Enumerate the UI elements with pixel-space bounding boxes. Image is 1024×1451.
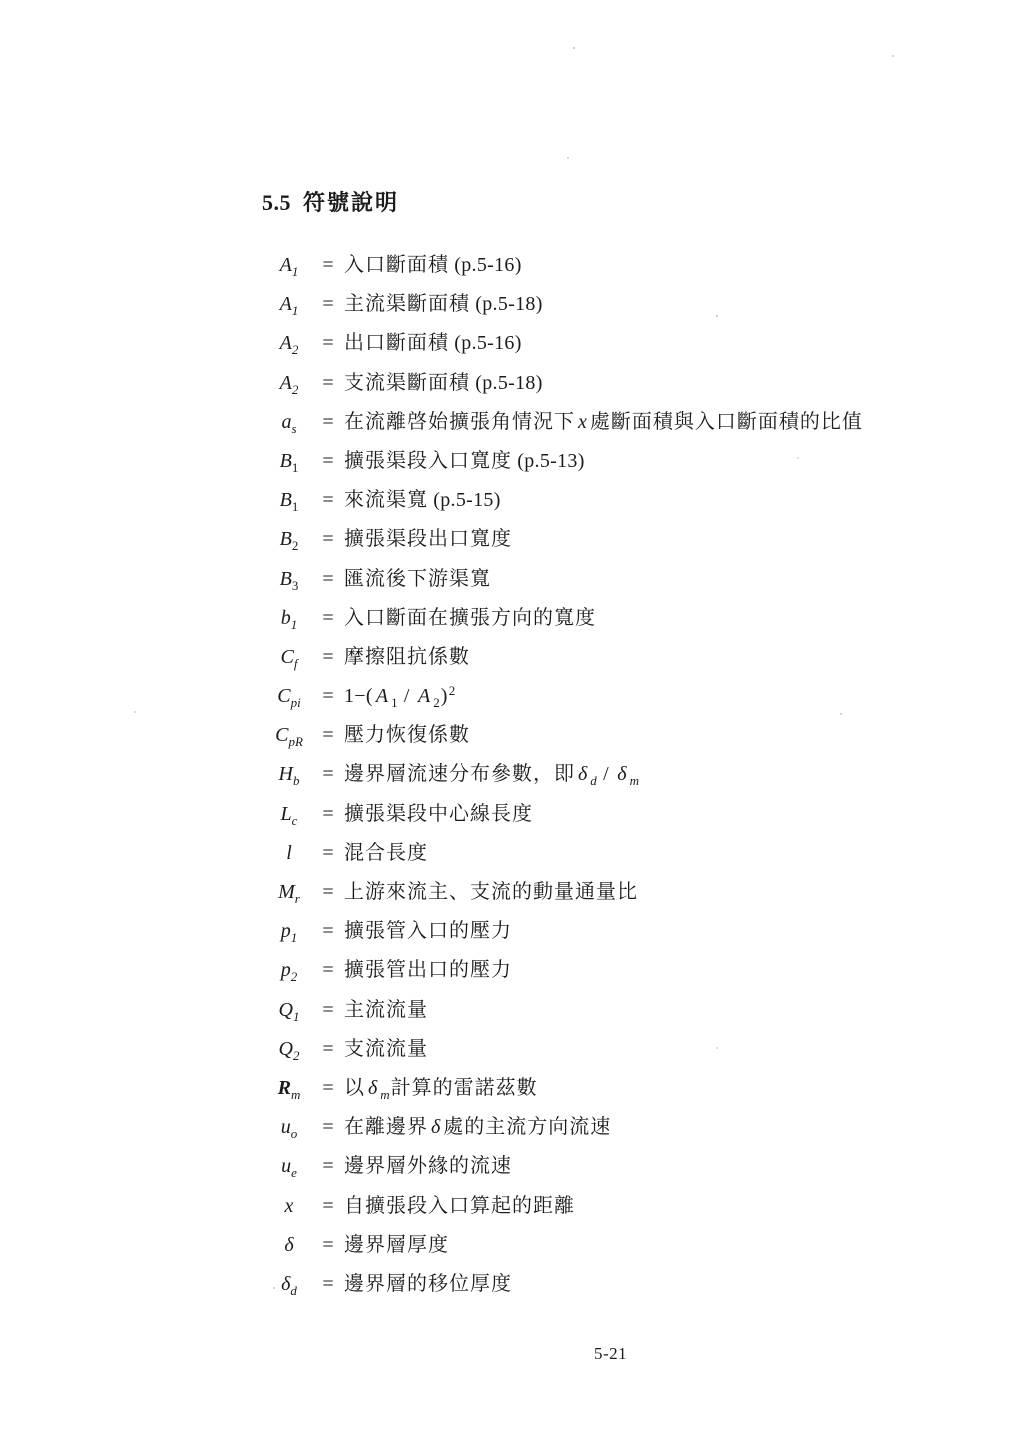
symbol-term: as [262, 409, 316, 437]
equals-sign: = [316, 840, 340, 866]
symbol-char: B [280, 450, 292, 472]
superscript: 2 [449, 683, 456, 698]
equals-sign: = [316, 879, 340, 905]
symbol-term: B3 [262, 566, 316, 594]
symbol-row: Q1=主流流量 [0, 997, 1024, 1036]
definition-text: ) [441, 685, 448, 707]
subscript: 1 [292, 499, 299, 514]
equals-sign: = [316, 330, 340, 356]
definition-text: 處斷面積與入口斷面積的比值 [590, 411, 863, 433]
symbol-term: Cf [262, 644, 316, 672]
equals-sign: = [316, 1075, 340, 1101]
symbol-char: Q [279, 1038, 293, 1060]
equals-sign: = [316, 487, 340, 513]
symbol-definition: 出口斷面積 (p.5-16) [340, 330, 522, 356]
symbol-char: B [280, 528, 292, 550]
symbol-definition: 擴張渠段出口寬度 [340, 526, 512, 552]
symbol-row: Mr=上游來流主、支流的動量通量比 [0, 879, 1024, 918]
equals-sign: = [316, 1036, 340, 1062]
equals-sign: = [316, 1232, 340, 1258]
symbol-char: δ [368, 1077, 377, 1099]
definition-text: 邊界層流速分布參數，即 [344, 763, 575, 785]
section-heading: 5.5符號說明 [262, 186, 399, 217]
symbol-row: l=混合長度 [0, 840, 1024, 879]
symbol-definition: 主流流量 [340, 997, 428, 1023]
symbol-row: A1=入口斷面積 (p.5-16) [0, 252, 1024, 291]
definition-text: 在離邊界 [344, 1116, 428, 1138]
subscript: s [291, 421, 296, 436]
equals-sign: = [316, 566, 340, 592]
equals-sign: = [316, 526, 340, 552]
symbol-definition: 來流渠寬 (p.5-15) [340, 487, 501, 513]
subscript: 2 [433, 695, 440, 710]
equals-sign: = [316, 997, 340, 1023]
symbol-definition: 邊界層的移位厚度 [340, 1271, 512, 1297]
definition-text: (p.5-18) [470, 372, 543, 394]
symbol-definition: 擴張管出口的壓力 [340, 957, 512, 983]
symbol-definition: 壓力恢復係數 [340, 722, 470, 748]
symbol-definition: 以δm計算的雷諾茲數 [340, 1075, 538, 1103]
symbol-char: b [281, 607, 291, 629]
subscript: 1 [291, 930, 298, 945]
symbol-definition: 入口斷面在擴張方向的寬度 [340, 605, 596, 631]
symbol-definition: 擴張渠段中心線長度 [340, 801, 533, 827]
subscript: m [380, 1087, 389, 1102]
definition-text: 上游來流主、支流的動量通量比 [344, 881, 638, 903]
symbol-term: A1 [262, 291, 316, 319]
subscript: d [290, 1283, 297, 1298]
symbol-term: B1 [262, 487, 316, 515]
symbol-row: Lc=擴張渠段中心線長度 [0, 801, 1024, 840]
definition-text: 主流渠斷面積 [344, 293, 470, 315]
symbol-row: Hb=邊界層流速分布參數，即δd / δm [0, 761, 1024, 800]
symbol-char: C [281, 646, 294, 668]
subscript: 2 [292, 382, 299, 397]
definition-text: 匯流後下游渠寬 [344, 568, 491, 590]
symbol-term: Q2 [262, 1036, 316, 1064]
symbol-term: Cpi [262, 683, 316, 711]
symbol-row: uo=在離邊界δ處的主流方向流速 [0, 1114, 1024, 1153]
symbol-definition: 在流離啓始擴張角情況下x處斷面積與入口斷面積的比值 [340, 409, 863, 435]
symbol-char: δ [578, 763, 587, 785]
subscript: 2 [292, 538, 299, 553]
symbol-term: p1 [262, 918, 316, 946]
symbol-definition: 邊界層流速分布參數，即δd / δm [340, 761, 640, 789]
symbol-term: A1 [262, 252, 316, 280]
symbol-row: A1=主流渠斷面積 (p.5-18) [0, 291, 1024, 330]
symbol-char: B [280, 489, 292, 511]
subscript: d [590, 773, 597, 788]
symbol-term: B1 [262, 448, 316, 476]
subscript: 3 [292, 578, 299, 593]
definition-text: 以 [344, 1077, 365, 1099]
definition-text: 邊界層外緣的流速 [344, 1155, 512, 1177]
symbol-term: ue [262, 1153, 316, 1181]
symbol-char: u [281, 1155, 291, 1177]
definition-text: 處的主流方向流速 [443, 1116, 611, 1138]
symbol-definition: 支流渠斷面積 (p.5-18) [340, 370, 543, 396]
definition-text: (p.5-16) [449, 254, 522, 276]
symbol-char: C [275, 724, 288, 746]
symbol-term: l [262, 840, 316, 866]
equals-sign: = [316, 1193, 340, 1219]
symbol-definition: 支流流量 [340, 1036, 428, 1062]
symbol-term: Rm [262, 1075, 316, 1103]
section-title: 符號說明 [303, 190, 399, 215]
definition-text: (p.5-13) [512, 450, 585, 472]
equals-sign: = [316, 957, 340, 983]
subscript: 1 [292, 264, 299, 279]
symbol-char: a [281, 411, 291, 433]
definition-text: 支流渠斷面積 [344, 372, 470, 394]
definition-text: 邊界層厚度 [344, 1234, 449, 1256]
definition-text: 自擴張段入口算起的距離 [344, 1195, 575, 1217]
symbol-definition: 在離邊界δ處的主流方向流速 [340, 1114, 611, 1140]
symbol-char: A [280, 332, 292, 354]
symbol-list: A1=入口斷面積 (p.5-16)A1=主流渠斷面積 (p.5-18)A2=出口… [0, 252, 1024, 1310]
definition-text: 擴張渠段出口寬度 [344, 528, 512, 550]
symbol-row: A2=支流渠斷面積 (p.5-18) [0, 370, 1024, 409]
definition-text: 入口斷面積 [344, 254, 449, 276]
definition-text: / [399, 685, 415, 707]
symbol-char: L [281, 803, 292, 825]
definition-text: 入口斷面在擴張方向的寬度 [344, 607, 596, 629]
symbol-term: Mr [262, 879, 316, 907]
document-page: 5.5符號說明 A1=入口斷面積 (p.5-16)A1=主流渠斷面積 (p.5-… [0, 0, 1024, 1451]
subscript: e [291, 1165, 297, 1180]
symbol-definition: 擴張渠段入口寬度 (p.5-13) [340, 448, 585, 474]
symbol-term: Hb [262, 761, 316, 789]
equals-sign: = [316, 1114, 340, 1140]
equals-sign: = [316, 801, 340, 827]
symbol-definition: 匯流後下游渠寬 [340, 566, 491, 592]
subscript: c [292, 813, 298, 828]
symbol-row: B1=擴張渠段入口寬度 (p.5-13) [0, 448, 1024, 487]
symbol-row: p1=擴張管入口的壓力 [0, 918, 1024, 957]
symbol-row: δ=邊界層厚度 [0, 1232, 1024, 1271]
symbol-term: Q1 [262, 997, 316, 1025]
symbol-char: δ [617, 763, 626, 785]
subscript: 1 [292, 303, 299, 318]
definition-text: 在流離啓始擴張角情況下 [344, 411, 575, 433]
symbol-term: uo [262, 1114, 316, 1142]
equals-sign: = [316, 448, 340, 474]
definition-text: / [598, 763, 614, 785]
definition-text: 支流流量 [344, 1038, 428, 1060]
subscript: 2 [293, 1048, 300, 1063]
symbol-char: p [281, 959, 291, 981]
definition-text: 混合長度 [344, 842, 428, 864]
section-number: 5.5 [262, 190, 291, 215]
definition-text: 摩擦阻抗係數 [344, 646, 470, 668]
subscript: r [295, 891, 300, 906]
subscript: o [291, 1126, 298, 1141]
subscript: 1 [293, 1009, 300, 1024]
subscript: pi [291, 695, 301, 710]
symbol-row: b1=入口斷面在擴張方向的寬度 [0, 605, 1024, 644]
equals-sign: = [316, 644, 340, 670]
subscript: 1 [391, 695, 398, 710]
subscript: 2 [291, 969, 298, 984]
definition-text: 出口斷面積 [344, 332, 449, 354]
symbol-row: CpR=壓力恢復係數 [0, 722, 1024, 761]
symbol-char: B [280, 568, 292, 590]
symbol-row: A2=出口斷面積 (p.5-16) [0, 330, 1024, 369]
symbol-definition: 入口斷面積 (p.5-16) [340, 252, 522, 278]
definition-text: (p.5-18) [470, 293, 543, 315]
symbol-definition: 自擴張段入口算起的距離 [340, 1193, 575, 1219]
symbol-char: A [280, 372, 292, 394]
equals-sign: = [316, 252, 340, 278]
symbol-definition: 混合長度 [340, 840, 428, 866]
definition-text: (p.5-16) [449, 332, 522, 354]
symbol-term: B2 [262, 526, 316, 554]
symbol-row: B3=匯流後下游渠寬 [0, 566, 1024, 605]
symbol-row: p2=擴張管出口的壓力 [0, 957, 1024, 996]
subscript: 1 [292, 460, 299, 475]
subscript: m [630, 773, 639, 788]
scan-noise [573, 47, 575, 49]
symbol-char: δ [281, 1273, 290, 1295]
symbol-term: b1 [262, 605, 316, 633]
symbol-term: x [262, 1193, 316, 1219]
symbol-char-bold: R [278, 1077, 291, 1099]
equals-sign: = [316, 1153, 340, 1179]
subscript: pR [288, 734, 302, 749]
definition-text: 壓力恢復係數 [344, 724, 470, 746]
symbol-definition: 主流渠斷面積 (p.5-18) [340, 291, 543, 317]
symbol-char: A [280, 293, 292, 315]
equals-sign: = [316, 722, 340, 748]
symbol-term: A2 [262, 330, 316, 358]
symbol-char: A [418, 685, 430, 707]
symbol-definition: 上游來流主、支流的動量通量比 [340, 879, 638, 905]
subscript: b [293, 773, 300, 788]
symbol-char: x [285, 1195, 294, 1217]
symbol-char: p [281, 920, 291, 942]
symbol-definition: 邊界層外緣的流速 [340, 1153, 512, 1179]
equals-sign: = [316, 1271, 340, 1297]
symbol-term: p2 [262, 957, 316, 985]
equals-sign: = [316, 409, 340, 435]
symbol-row: B2=擴張渠段出口寬度 [0, 526, 1024, 565]
subscript: 2 [292, 342, 299, 357]
symbol-row: Cpi=1−(A1 / A2)2 [0, 683, 1024, 722]
definition-text: (p.5-15) [428, 489, 501, 511]
subscript: m [291, 1087, 300, 1102]
symbol-term: CpR [262, 722, 316, 750]
definition-text: 主流流量 [344, 999, 428, 1021]
symbol-char: C [277, 685, 290, 707]
equals-sign: = [316, 291, 340, 317]
equals-sign: = [316, 683, 340, 709]
symbol-char: Q [279, 999, 293, 1021]
symbol-term: δd [262, 1271, 316, 1299]
symbol-definition: 摩擦阻抗係數 [340, 644, 470, 670]
page-number: 5-21 [594, 1344, 627, 1364]
subscript: 1 [291, 617, 298, 632]
subscript: f [294, 656, 298, 671]
definition-text: 擴張管出口的壓力 [344, 959, 512, 981]
symbol-char: A [376, 685, 388, 707]
symbol-definition: 邊界層厚度 [340, 1232, 449, 1258]
symbol-char: u [281, 1116, 291, 1138]
equals-sign: = [316, 918, 340, 944]
symbol-char: H [279, 763, 293, 785]
definition-text: 計算的雷諾茲數 [391, 1077, 538, 1099]
symbol-row: x=自擴張段入口算起的距離 [0, 1193, 1024, 1232]
equals-sign: = [316, 370, 340, 396]
symbol-definition: 1−(A1 / A2)2 [340, 683, 455, 711]
symbol-row: B1=來流渠寬 (p.5-15) [0, 487, 1024, 526]
symbol-char: A [280, 254, 292, 276]
equals-sign: = [316, 605, 340, 631]
symbol-char: x [578, 411, 587, 433]
symbol-row: as=在流離啓始擴張角情況下x處斷面積與入口斷面積的比值 [0, 409, 1024, 448]
symbol-term: A2 [262, 370, 316, 398]
symbol-term: Lc [262, 801, 316, 829]
definition-text: 擴張渠段中心線長度 [344, 803, 533, 825]
symbol-char: l [286, 842, 292, 864]
symbol-char: M [278, 881, 295, 903]
symbol-row: Rm=以δm計算的雷諾茲數 [0, 1075, 1024, 1114]
symbol-row: δd=邊界層的移位厚度 [0, 1271, 1024, 1310]
definition-text: 擴張管入口的壓力 [344, 920, 512, 942]
symbol-row: Cf=摩擦阻抗係數 [0, 644, 1024, 683]
symbol-row: Q2=支流流量 [0, 1036, 1024, 1075]
symbol-definition: 擴張管入口的壓力 [340, 918, 512, 944]
definition-text: 擴張渠段入口寬度 [344, 450, 512, 472]
symbol-row: ue=邊界層外緣的流速 [0, 1153, 1024, 1192]
definition-text: 邊界層的移位厚度 [344, 1273, 512, 1295]
definition-text: 來流渠寬 [344, 489, 428, 511]
symbol-char: δ [431, 1116, 440, 1138]
definition-text: 1−( [344, 685, 373, 707]
symbol-term: δ [262, 1232, 316, 1258]
equals-sign: = [316, 761, 340, 787]
symbol-char: δ [284, 1234, 293, 1256]
